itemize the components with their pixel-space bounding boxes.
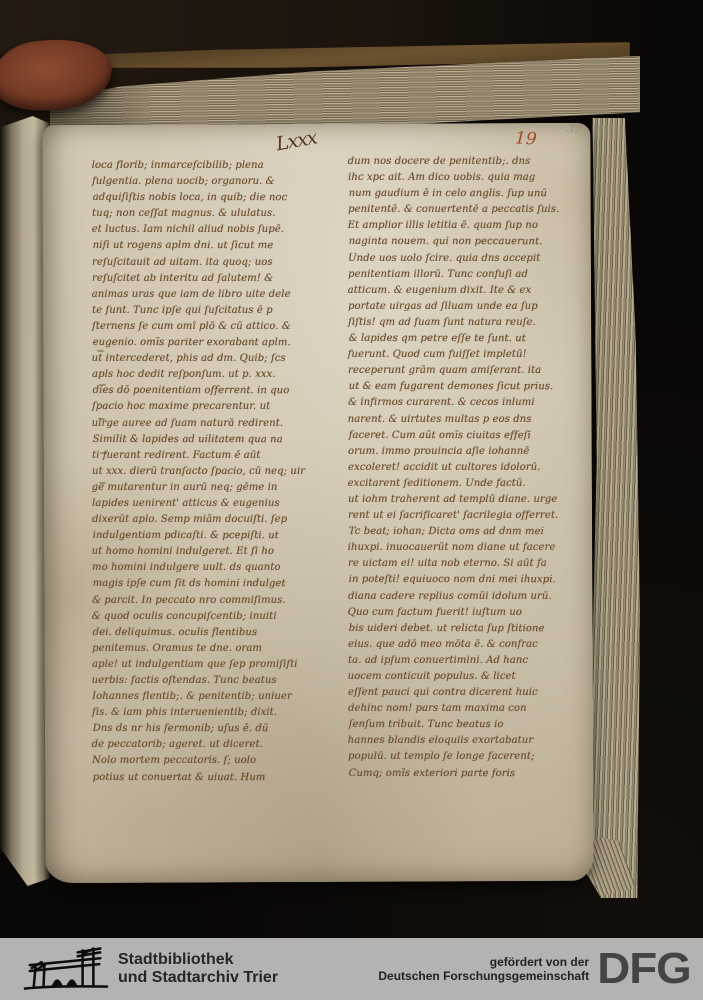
manuscript-text-line: Et amplior illis letitia ē. quam ſup no [348,220,596,236]
manuscript-text-line: & infirmos curarent. & cecos inlumi [348,397,596,413]
funding-line2: Deutschen Forschungsgemeinschaft [378,969,589,983]
manuscript-text-line: num gaudium ē in celo anglis. ſup unū [349,188,597,204]
manuscript-text-line: portate uirgas ad ſiluam unde ea ſup [348,301,596,317]
manuscript-text-line: hannes blandis eloquiis exortabatur [348,735,596,751]
manuscript-text-line: tuq; non ceſſat magnus. & ululatus. [92,208,338,224]
manuscript-text-line: faceret. Cum aūt omīs ciuitas effeſi [349,429,597,445]
manuscript-text-line: et luctus. Iam nichil aliud nobis ſupē. [92,224,338,240]
manuscript-text-line: ihc xpc ait. Am dico uobis. quia mag [348,172,596,188]
manuscript-text-line: naginta nouem. qui non peccauerunt. [349,236,597,252]
manuscript-text-line: apls hoc dedit reſponſum. ut p. xxx. [92,369,338,385]
manuscript-text-line: reſuſcitauit ad uitam. ita quoq; uos [92,257,338,273]
manuscript-text-line: penitentē. & conuertentē a peccatis ſuis… [348,204,596,220]
manuscript-text-line: ti fuerant redirent. Factum ē aūt [92,450,338,466]
manuscript-text-line: adquiſiſtis nobis loca, in quib; die noc [93,192,339,208]
manuscript-text-line: dies dō poenitentiam offerrent. in quo [93,385,339,401]
manuscript-text-line: Dns ds nr his ſermonib; uſus ē. dū [93,723,339,739]
footer-banner: Stadtbibliothek und Stadtarchiv Trier ge… [0,938,703,1000]
manuscript-text-line: de peccatorib; ageret. ut diceret. [92,739,338,755]
library-name: Stadtbibliothek und Stadtarchiv Trier [118,951,278,988]
manuscript-text-line: in poteſti! equiuoco nom dni mei ihuxpi. [349,574,597,590]
folio-number-ink: 19 [514,128,537,149]
manuscript-text-line: ihuxpi. inuocauerūt nom diane ut facere [348,542,596,558]
manuscript-text-line: fuerunt. Quod cum fuiſſet impletū! [348,349,596,365]
manuscript-text-line: ſternens ſe cum omī plō & cū attico. & [92,321,338,337]
manuscript-text-line: excitarent ſeditionem. Unde factū. [348,478,596,494]
manuscript-text-line: bis uideri debet. ut relicta ſup ſtition… [349,623,597,639]
manuscript-text-line: ut & eam fugarent demones ſicut prius. [349,381,597,397]
manuscript-text-line: aple! ut indulgentiam que ſep promiſiſti [92,659,338,675]
manuscript-text-line: ſenſum tribuit. Tunc beatus io [349,719,597,735]
manuscript-text-line: & lapides qm petre eſſe te ſunt. ut [349,333,597,349]
manuscript-text-line: loca florib; inmarceſcibilib; plena [92,160,338,176]
manuscript-text-line: niſi ut rogens aplm dni. ut ſicut me [93,240,339,256]
library-name-line2: und Stadtarchiv Trier [118,969,278,987]
manuscript-text-line: dehinc nom! pars tam maxima con [348,703,596,719]
manuscript-text-line: fulgentia. plena uocib; organoru. & [92,176,338,192]
manuscript-text-line: Unde uos uolo ſcire. quia dns accepit [348,253,596,269]
funding-credit: gefördert von der Deutschen Forschungsge… [378,955,589,984]
manuscript-text-line: te ſunt. Tunc ipſe qui ſuſcitatus ē p [92,305,338,321]
manuscript-text-line: Nolo mortem peccatoris. ſ; uolo [92,755,338,771]
manuscript-text-line: ſiſtis! qm ad ſuam ſunt natura reuſe. [348,317,596,333]
manuscript-text-line: uocem conticuit populus. & licet [348,671,596,687]
manuscript-text-line: populū. ut templo ſe longe facerent; [348,751,596,767]
folio-number-pencil: 37 [566,122,582,138]
manuscript-text-line: lapides uenirent' atticus & eugenius [92,498,338,514]
manuscript-text-line: ut intercederet, phis ad dm. Quib; ſcs [92,353,338,369]
manuscript-text-line: & quod oculis concupiſcentib; inuiti [92,611,338,627]
manuscript-text-line: ut homo homini indulgeret. Et ſi ho [92,546,338,562]
manuscript-text-line: excoleret! accidit ut cultores idolorū. [348,462,596,478]
bridge-logo-icon [22,944,110,994]
manuscript-text-line: ſis. & iam phis interuenientib; dixit. [92,707,338,723]
manuscript-text-line: diana cadere replius comūi idolum urū. [348,591,596,607]
manuscript-text-line: orum. immo prouincia aſie iohannē [348,446,596,462]
text-column-right: dum nos docere de penitentib;. dnsihc xp… [348,156,596,784]
manuscript-text-line: eius. que adō meo mōta ē. & confrac [348,639,596,655]
manuscript-text-line: Cumq; omīs exteriori parte foris [349,767,597,783]
manuscript-text-line: animas uras que iam de libro uite dele [92,289,338,305]
funding-line1: gefördert von der [378,955,589,969]
manuscript-text-line: ſpacio hoc maxime precarentur. ut [92,401,338,417]
manuscript-text-line: dum nos docere de penitentib;. dns [348,156,596,172]
manuscript-text-line: penitemus. Oramus te dne. oram [92,643,338,659]
manuscript-text-line: Tc beat; iohan; Dicta oms ad dnm mei [349,526,597,542]
manuscript-text-line: penitentiam illorū. Tunc confuſi ad [348,269,596,285]
manuscript-text-line: eſſent pauci qui contra dicerent huic [348,687,596,703]
manuscript-text-line: uirge auree ad ſuam naturā redirent. [92,418,338,434]
manuscript-text-line: reſuſcitet ab interitu ad ſalutem! & [92,273,338,289]
library-name-line1: Stadtbibliothek [118,951,278,969]
manuscript-text-line: eugenio. omīs pariter exorabant aplm. [93,337,339,353]
manuscript-text-line: Similit & lapides ad uilitatem qua na [93,433,339,449]
manuscript-text-line: mo homini indulgere uult. ds quanto [92,562,338,578]
manuscript-text-line: dei. deliquimus. oculis flentibus [93,627,339,643]
manuscript-text-line: ut xxx. dierū tranſacto ſpacio, cū neq; … [92,466,338,482]
text-column-left: loca florib; inmarceſcibilib; plenafulge… [92,160,338,788]
manuscript-text-line: ta. ad ipſum conuertimini. Ad hanc [348,655,596,671]
manuscript-text-line: Iohannes flentib;. & penitentib; uniuer [92,691,338,707]
manuscript-text-line: dixerūt aplo. Semp miām docuiſti. ſep [92,514,338,530]
manuscript-photo: Lxxx 19 37 loca florib; inmarceſcibilib;… [0,0,703,938]
manuscript-text-line: ut iohm traherent ad templū diane. urge [348,494,596,510]
manuscript-text-line: & parcit. In peccato nro commiſimus. [92,595,338,611]
manuscript-text-line: uerbis: factis oſtendas. Tunc beatus [92,675,338,691]
dfg-logo: DFG [597,938,690,1000]
manuscript-text-line: rent ut ei ſacrificaret' ſacrilegia offe… [348,510,596,526]
manuscript-text-line: atticum. & eugenium dixit. Ite & ex [348,285,596,301]
manuscript-text-line: Quo cum factum fuerit! iuſtum uo [348,607,596,623]
manuscript-text-line: potius ut conuertat & uiuat. Hum [93,771,339,787]
manuscript-text-line: narent. & uirtutes multas p eos dns [348,414,596,430]
manuscript-text-line: magis ipſe cum ſit ds homini indulget [93,578,339,594]
manuscript-text-line: receperunt grām quam amiſerant. ita [348,365,596,381]
stadtbibliothek-logo [22,944,110,994]
manuscript-text-line: re uictam ei! uita nob eterno. Si aūt fa [348,558,596,574]
manuscript-text-line: ge mutarentur in aurū neq; gēme in [92,482,338,498]
manuscript-text-line: indulgentiam pdicaſti. & pcepiſti. ut [93,530,339,546]
